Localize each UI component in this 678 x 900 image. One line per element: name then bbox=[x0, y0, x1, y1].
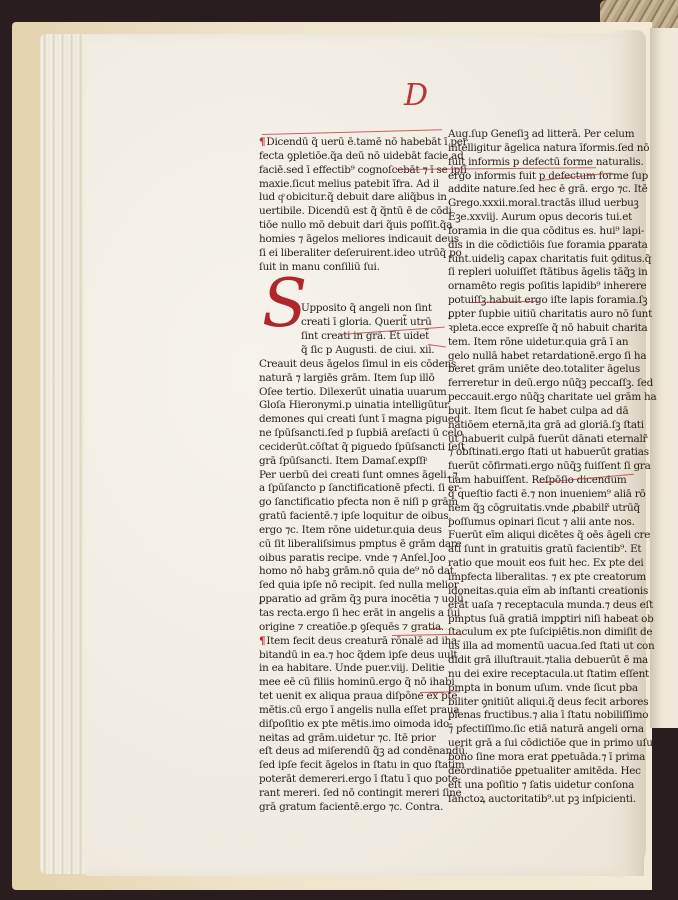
text-line: gratū facientē.⁊ ipſe loquitur de oibus. bbox=[259, 510, 447, 524]
paragraph-mark-icon: ¶ bbox=[259, 635, 265, 649]
text-line: homo nō habꝫ grām.nō quia de⁹ nō dat. bbox=[259, 565, 447, 579]
text-line: idoneitas.quia eīm ab inſtanti creationi… bbox=[448, 585, 632, 599]
text-line: rant mereri. ſed nō contingit mereri ſin… bbox=[259, 787, 447, 801]
text-line: poterāt demereri.ergo ī ſtatu ī quo pote… bbox=[259, 773, 447, 787]
text-line: buit. Item ſicut ſe habet culpa ad dā bbox=[448, 405, 632, 419]
text-line: Creauit deus āgelos ſimul in eis cōdens bbox=[259, 358, 447, 372]
text-line: Fuerūt eīm aliqui dicētes q̃ oēs āgeli c… bbox=[448, 529, 632, 543]
text-line: tem. Item rōne uidetur.quia grā ī an bbox=[448, 336, 632, 350]
text-line: ꝛpleta.ecce expreſſe q̃ nō habuit charit… bbox=[448, 322, 632, 336]
text-line: naturā ⁊ largiēs grām. Item ſup illō bbox=[259, 372, 447, 386]
text-line: bono ſine mora erat ꝑpetuāda.⁊ ī prima bbox=[448, 751, 632, 765]
text-line: mētis.cū ergo ī angelis nulla eſſet prau… bbox=[259, 704, 447, 718]
text-line: deordinatiōe ꝑpetualiter amitēda. Hec bbox=[448, 765, 632, 779]
right-column: Aug.ſup Geneſiꝫ ad litterā. Per celum in… bbox=[448, 128, 632, 806]
text-line: pmpta in bonum uſum. vnde ſicut pba bbox=[448, 682, 632, 696]
text-line: ſunt.uideliꝫ capax charitatis fuit ꝯditu… bbox=[448, 253, 632, 267]
text-line: ne ſpūſsancti.ſed p ſupbiā areſacti ū ce… bbox=[259, 427, 447, 441]
text-line: intelligitur āgelica natura īformis.ſed … bbox=[448, 142, 632, 156]
text-line: ratio que mouit eos fuit hec. Ex pte dei bbox=[448, 557, 632, 571]
text-line: poſſumus opinari ſicut ⁊ alii ante nos. bbox=[448, 516, 632, 530]
rubric-guide-line bbox=[430, 628, 442, 629]
text-line: ceciderūt.cōſtat q̃ piguedo ſpūſsancti ſ… bbox=[259, 441, 447, 455]
text-line: mee eē cū filiis hominū.ergo q̃ nō ihabi bbox=[259, 676, 447, 690]
text-line: go ſanctificatio pfecta non ē niſi p grā… bbox=[259, 496, 447, 510]
text-line: peccauit.ergo nūq̃ꝫ charitate uel grām h… bbox=[448, 391, 632, 405]
text-line: ut habuerit culpā fuerūt dānati eternalr… bbox=[448, 433, 632, 447]
text-line: q̃ queſtio facti ē.⁊ non inueniem⁹ aliā … bbox=[448, 488, 632, 502]
text-line: ſed quia ipſe nō recipit. ſed nulla meli… bbox=[259, 579, 447, 593]
text-line: ⁊ obſtinati.ergo ſtati ut habuerūt grati… bbox=[448, 446, 632, 460]
text-line: us illa ad momentū uacua.ſed ſtati ut co… bbox=[448, 640, 632, 654]
text-line: tiōe nullo mō debuit dari q̃uis poſſit.q… bbox=[259, 219, 447, 233]
headline-initial: D bbox=[404, 82, 438, 110]
text-line: lud qͦ obicitur.q̃ debuit dare aliq̃bus … bbox=[259, 191, 447, 205]
text-line: Gloſa Hieronymi.p uinatia intelligūtur bbox=[259, 399, 447, 413]
text-line: neitas ad grām.uidetur ⁊c. Itē prior bbox=[259, 732, 447, 746]
text-line: fecta ꝯpletiōe.q̃a deū nō uidebāt facie … bbox=[259, 150, 447, 164]
paragraph-mark-icon: ¶ bbox=[259, 136, 265, 150]
text-line: demones qui creati ſunt ī magna pigued bbox=[259, 413, 447, 427]
text-line: a ſpūſancto p ſanctificationē pfecti. ſi… bbox=[259, 482, 447, 496]
text-line: eſt una poſitio ⁊ ſatis uidetur conſona bbox=[448, 779, 632, 793]
text-line: ergo informis fuit p defectum forme ſup bbox=[448, 170, 632, 184]
text-line: diſpoſitio ex pte mētis.imo oimoda ido- bbox=[259, 718, 447, 732]
text-line: q̃ ſic p Augusti. de ciui. xii. bbox=[259, 344, 447, 358]
text-line: ⁊ pfectiſſimo.ſic etiā naturā angeli orn… bbox=[448, 723, 632, 737]
text-line: nem q̃ꝫ cōgruitatis.vnde ꝓbabilr̃ utrūq̃ bbox=[448, 502, 632, 516]
text-line: fuerūt cōfirmati.ergo nūq̃ꝫ fuiſſent ſi … bbox=[448, 460, 632, 474]
text-line: ſanctoꝝ auctoritatib⁹.ut pꝫ inſpicienti. bbox=[448, 793, 632, 807]
text-line: grā gratum facientē.ergo ⁊c. Contra. bbox=[259, 801, 447, 815]
text-line: Oſee tertio. Dilexerūt uinatia uuarum bbox=[259, 386, 447, 400]
text-line: ꝑpter ſupbie uitiū charitatis auro nō ſu… bbox=[448, 308, 632, 322]
text-line: didit grā illuſtrauit.⁊talia debuerūt ē … bbox=[448, 654, 632, 668]
text-line: foramia in die qua cōditus es. hui⁹ lapi… bbox=[448, 225, 632, 239]
text-line: impfecta liberalitas. ⁊ ex pte creatorum bbox=[448, 571, 632, 585]
rubric-guide-line bbox=[430, 692, 444, 693]
text-line: erāt uaſa ⁊ receptacula munda.⁊ deus eſt bbox=[448, 599, 632, 613]
text-line: Aug.ſup Geneſiꝫ ad litterā. Per celum bbox=[448, 128, 632, 142]
text-line: ergo ⁊c. Item rōne uidetur.quia deus bbox=[259, 524, 447, 538]
left-column: ¶Dicendū q̃ uerū ē.tamē nō habebāt ī per… bbox=[259, 136, 447, 815]
text-line: nu dei exire receptacula.ut ſtatim eſſen… bbox=[448, 668, 632, 682]
text-line: cū ſit liberaliſsimus pmptus ē grām dare bbox=[259, 538, 447, 552]
text-line: ſtaculum ex pte ſuſcipiētis.non dimiſit … bbox=[448, 626, 632, 640]
text-line: ſi ei liberaliter deſeruirent.ideo utrūq… bbox=[259, 247, 447, 261]
text-line: homies ⁊ āgelos meliores indicauit deus bbox=[259, 233, 447, 247]
text-line: grā ſpūſsancti. Item Damaſ.exꝑſſiͦ bbox=[259, 455, 447, 469]
facing-page-edge bbox=[650, 28, 678, 728]
text-line: faciē.sed ī effectib⁹ cognoſcebāt ⁊ ī se… bbox=[259, 164, 447, 178]
text-line: ornamēto regis poſitis lapidib⁹ inherere bbox=[448, 280, 632, 294]
text-line: tet uenit ex aliqua praua diſpōne ex pte bbox=[259, 690, 447, 704]
text-line: Per uerbū dei creati ſunt omnes āgeli. ⁊ bbox=[259, 469, 447, 483]
text-line: uerit grā a ſui cōdictiōe que in primo u… bbox=[448, 737, 632, 751]
text-line: natiōem eternā,ita grā ad gloriā.ſꝫ ſtat… bbox=[448, 419, 632, 433]
text-line: ferreretur in deū.ergo nūq̃ꝫ peccaſſꝫ. ſ… bbox=[448, 377, 632, 391]
text-line: pmptus ſuā gratiā impꝑtiri niſi habeat o… bbox=[448, 613, 632, 627]
text-line: addite nature.ſed hec ē grā. ergo ⁊c. It… bbox=[448, 183, 632, 197]
text-line: ati ſunt in gratuitis gratū facientib⁹. … bbox=[448, 543, 632, 557]
text-line: maxie.ſicut melius patebit īfra. Ad il bbox=[259, 178, 447, 192]
text-line: eſt deus ad miſerendū q̃ꝫ ad condēnandū. bbox=[259, 745, 447, 759]
text-line: biliter ꝯnitiūt aliqui.q̃ deus fecit arb… bbox=[448, 696, 632, 710]
text-line: beret grām uniēte deo.totaliter āgelus bbox=[448, 363, 632, 377]
text-line: tas recta.ergo ſi hec erāt in angelis a … bbox=[259, 607, 447, 621]
text-line: Grego.xxxii.moral.tractās illud uerbuꝫ bbox=[448, 197, 632, 211]
text-line: ¶Dicendū q̃ uerū ē.tamē nō habebāt ī per bbox=[259, 136, 447, 150]
text-line: ¶Item fecit deus creaturā rōnalē ad iha- bbox=[259, 635, 447, 649]
text-line: dis in die cōdictiōis ſue foramia ꝑparat… bbox=[448, 239, 632, 253]
text-line: Eꝫe.xxviij. Aurum opus decoris tui.et bbox=[448, 211, 632, 225]
text-line: uertibile. Dicendū est q̃ q̃ntū ē de cōd… bbox=[259, 205, 447, 219]
text-line: ſi repleri uoluiſſet ſtātibus āgelis tāq… bbox=[448, 266, 632, 280]
text-line: ꝑparatio ad grām q̃ꝫ pura inocētia ⁊ uol… bbox=[259, 593, 447, 607]
text-line: origine ⁊ creatiōe.p ꝯſequēs ⁊ gratia. bbox=[259, 621, 447, 635]
text-line: ſed ipſe fecit āgelos in ſtatu in quo ſt… bbox=[259, 759, 447, 773]
text-line: plenas fructibus.⁊ alia ī ſtatu nobiliſſ… bbox=[448, 709, 632, 723]
text-line: oibus paratis recipe. vnde ⁊ Anſel.Joo bbox=[259, 552, 447, 566]
decorated-initial-s: S bbox=[262, 274, 312, 334]
text-line: bitandū in ea.⁊ hoc q̃dem ipſe deus uult bbox=[259, 649, 447, 663]
text-line: gelo nullā habet retardationē.ergo ſi ha bbox=[448, 350, 632, 364]
text-line: in ea habitare. Unde puer.viij. Delitie bbox=[259, 662, 447, 676]
